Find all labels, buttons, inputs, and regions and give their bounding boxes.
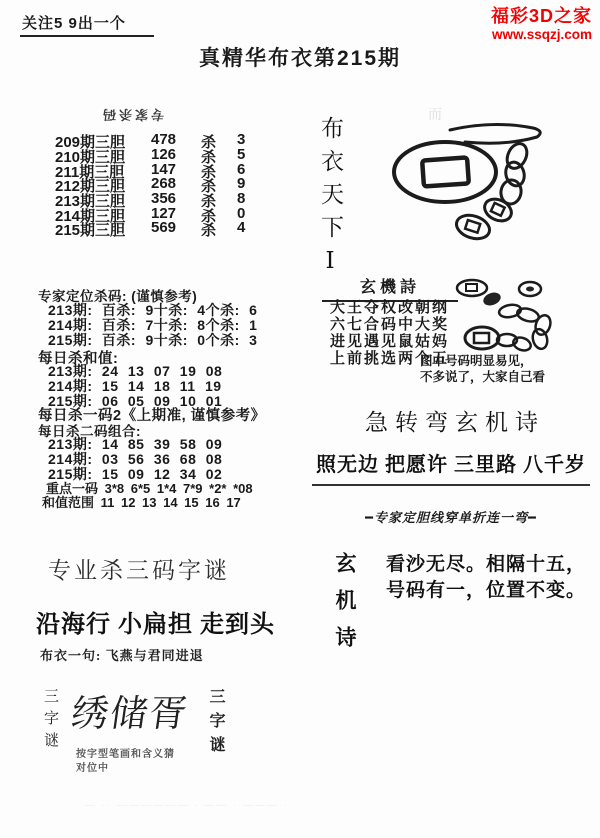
site-name: 福彩3D之家 bbox=[491, 6, 592, 27]
dan-value: 569 bbox=[151, 219, 201, 240]
scan-page: 关注5 9出一个 福彩3D之家 www.ssqzj.com 真精华布衣第215期… bbox=[0, 0, 600, 838]
xuanjishi-line1: 看沙无尽。相隔十五， bbox=[386, 549, 586, 576]
dan-table-row: 215期三胆 569 杀 4 bbox=[55, 219, 265, 240]
page-title: 真精华布衣第215期 bbox=[0, 42, 600, 72]
kill-label: 杀 bbox=[201, 219, 237, 240]
three-char-riddle-label-left: 三字谜 bbox=[40, 688, 61, 754]
coin-sketch bbox=[365, 112, 555, 252]
sum-range-line: 和值范围 11 12 13 14 15 16 17 bbox=[42, 492, 241, 511]
buyi-tianxia-vertical-title: 布衣天下Ⅰ bbox=[314, 116, 347, 284]
kill-value: 4 bbox=[237, 219, 257, 240]
sketch-note-line2: 不多说了，大家自己看 bbox=[420, 367, 545, 385]
focus-note: 关注5 9出一个 bbox=[20, 12, 154, 37]
riddle-note-line2: 对位中 bbox=[76, 759, 109, 774]
kill-three-title: 专业杀三码字谜 bbox=[48, 552, 230, 585]
buyi-sentence: 布衣一句: 飞燕与君同进退 bbox=[40, 645, 204, 664]
site-logo: 福彩3D之家 www.ssqzj.com bbox=[491, 6, 592, 42]
expert-dan-line: ━专家定胆线穿单折连一弯━ bbox=[318, 507, 584, 526]
kill-three-riddle: 沿海行 小扁担 走到头 bbox=[36, 604, 275, 639]
xuanjishi-line2: 号码有一，位置不变。 bbox=[386, 575, 586, 602]
site-url[interactable]: www.ssqzj.com bbox=[491, 27, 592, 43]
issue-label: 215期三胆 bbox=[55, 219, 151, 240]
three-char-riddle-label-right: 三字谜 bbox=[204, 688, 227, 760]
scan-ghost-smudge: — ·· —————— · —— · ——— · bbox=[85, 800, 289, 811]
coin-chain-sketch bbox=[450, 276, 565, 356]
sharp-turn-poem-title: 急转弯玄机诗 bbox=[330, 404, 580, 437]
flipped-header: 专家杀码 bbox=[100, 106, 164, 125]
riddle-note-line1: 按字型笔画和含义猜 bbox=[76, 745, 175, 760]
sharp-turn-poem-line: 照无边 把愿许 三里路 八千岁 bbox=[312, 448, 590, 486]
xuanjishi-vertical-label: 玄机诗 bbox=[330, 552, 360, 663]
three-char-riddle-word: 绣储胥 bbox=[68, 683, 193, 737]
